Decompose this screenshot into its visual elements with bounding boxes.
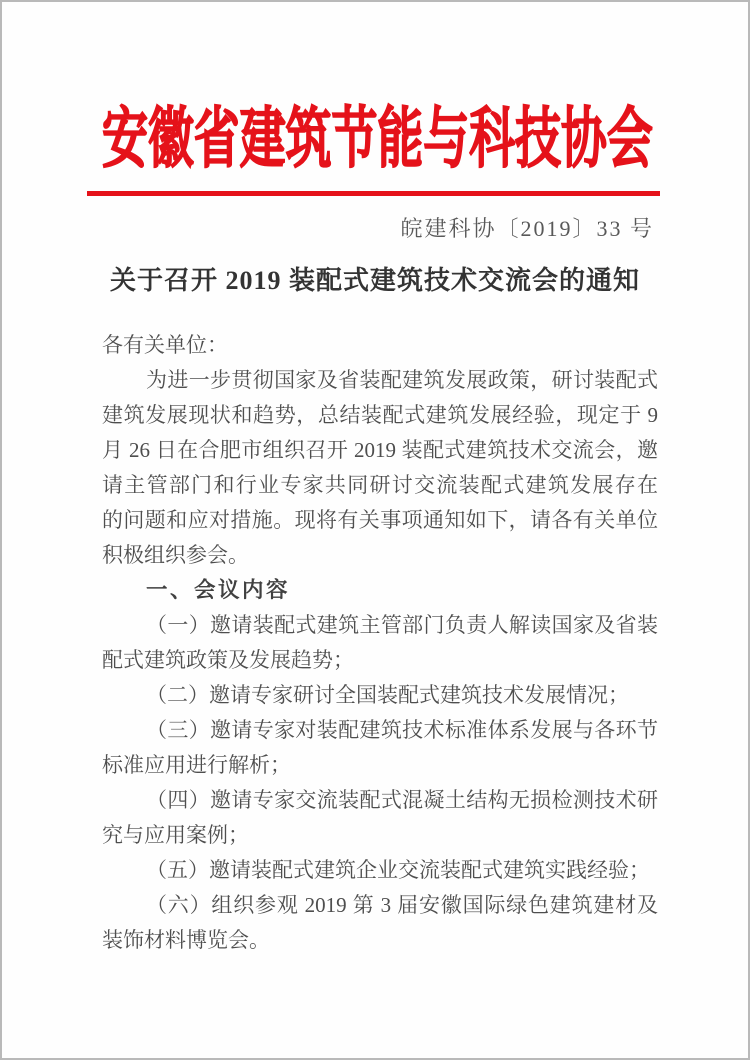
list-item-line: 究与应用案例； bbox=[102, 818, 658, 853]
body-line: 建筑发展现状和趋势，总结装配式建筑发展经验，现定于 9 bbox=[102, 398, 658, 433]
list-item-line: 配式建筑政策及发展趋势； bbox=[102, 643, 658, 678]
body-line: 为进一步贯彻国家及省装配建筑发展政策，研讨装配式 bbox=[102, 363, 658, 398]
body-line: 月 26 日在合肥市组织召开 2019 装配式建筑技术交流会，邀 bbox=[102, 433, 658, 468]
body-line: 积极组织参会。 bbox=[102, 538, 658, 573]
list-item-line: （三）邀请专家对装配建筑技术标准体系发展与各环节 bbox=[102, 713, 658, 748]
notice-body: 各有关单位： 为进一步贯彻国家及省装配建筑发展政策，研讨装配式 建筑发展现状和趋… bbox=[102, 328, 658, 958]
body-line: 请主管部门和行业专家共同研讨交流装配式建筑发展存在 bbox=[102, 468, 658, 503]
red-divider-line bbox=[87, 191, 660, 196]
list-item-line: 装饰材料博览会。 bbox=[102, 923, 658, 958]
body-line: 的问题和应对措施。现将有关事项通知如下，请各有关单位 bbox=[102, 503, 658, 538]
list-item-line: （四）邀请专家交流装配式混凝土结构无损检测技术研 bbox=[102, 783, 658, 818]
list-item-line: （六）组织参观 2019 第 3 届安徽国际绿色建筑建材及 bbox=[102, 888, 658, 923]
document-number: 皖建科协〔2019〕33 号 bbox=[400, 215, 654, 243]
section-heading-meeting-content: 一、会议内容 bbox=[102, 573, 658, 608]
letterhead-org-title: 安徽省建筑节能与科技协会 bbox=[102, 106, 653, 172]
list-item-line: （五）邀请装配式建筑企业交流装配式建筑实践经验； bbox=[102, 853, 658, 888]
list-item-line: （一）邀请装配式建筑主管部门负责人解读国家及省装 bbox=[102, 608, 658, 643]
notice-title: 关于召开 2019 装配式建筑技术交流会的通知 bbox=[2, 264, 748, 298]
list-item-line: 标准应用进行解析； bbox=[102, 748, 658, 783]
list-item-line: （二）邀请专家研讨全国装配式建筑技术发展情况； bbox=[102, 678, 658, 713]
scanned-notice-document: 安徽省建筑节能与科技协会 皖建科协〔2019〕33 号 关于召开 2019 装配… bbox=[0, 0, 750, 1060]
salutation: 各有关单位： bbox=[102, 328, 658, 363]
